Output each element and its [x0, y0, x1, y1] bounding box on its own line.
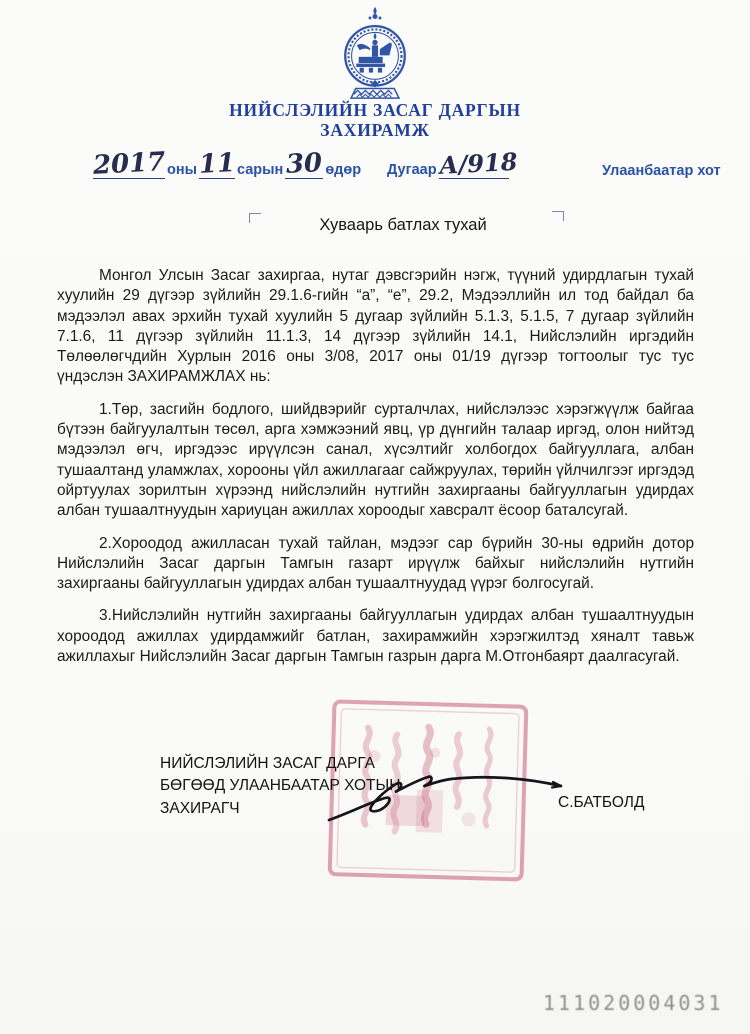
document-number-field: Дугаар А/918: [385, 144, 509, 179]
month-label: сарын: [235, 162, 285, 179]
number-blank: А/918: [439, 144, 509, 179]
issue-city: Улаанбаатар хот: [602, 163, 721, 179]
state-emblem-icon: [327, 5, 423, 101]
registration-number: 111020004031: [543, 991, 724, 1015]
day-handwritten: 30: [285, 150, 324, 178]
month-blank: 11: [199, 144, 235, 179]
day-label: өдөр: [323, 162, 363, 179]
handwritten-signature: [323, 750, 571, 838]
preamble-paragraph: Монгол Улсын Засаг захиргаа, нутаг дэвсг…: [57, 266, 694, 388]
document-type: ЗАХИРАМЖ: [0, 120, 750, 140]
clause-3: 3.Нийслэлийн нутгийн захиргааны байгуулл…: [57, 606, 694, 667]
decree-body: Монгол Улсын Засаг захиргаа, нутаг дэвсг…: [57, 266, 694, 679]
subject-line: Хуваарь батлах тухай: [56, 216, 750, 235]
clause-2: 2.Хороодод ажилласан тухай тайлан, мэдээ…: [57, 534, 694, 595]
year-handwritten: 2017: [92, 149, 165, 179]
day-blank: 30: [285, 144, 323, 179]
month-handwritten: 11: [198, 150, 235, 178]
authority-name: НИЙСЛЭЛИЙН ЗАСАГ ДАРГЫН: [0, 100, 750, 120]
year-blank: 2017: [93, 144, 165, 179]
number-label: Дугаар: [385, 162, 439, 179]
year-label: оны: [165, 162, 199, 179]
date-fields: 2017 оны 11 сарын 30 өдөр: [93, 144, 363, 179]
issuing-authority-title: НИЙСЛЭЛИЙН ЗАСАГ ДАРГЫН ЗАХИРАМЖ: [0, 100, 750, 140]
scanned-official-decree: НИЙСЛЭЛИЙН ЗАСАГ ДАРГЫН ЗАХИРАМЖ 2017 он…: [0, 0, 750, 1034]
clause-1: 1.Төр, засгийн бодлого, шийдвэрийг сурта…: [57, 400, 694, 522]
number-handwritten: А/918: [438, 149, 509, 179]
